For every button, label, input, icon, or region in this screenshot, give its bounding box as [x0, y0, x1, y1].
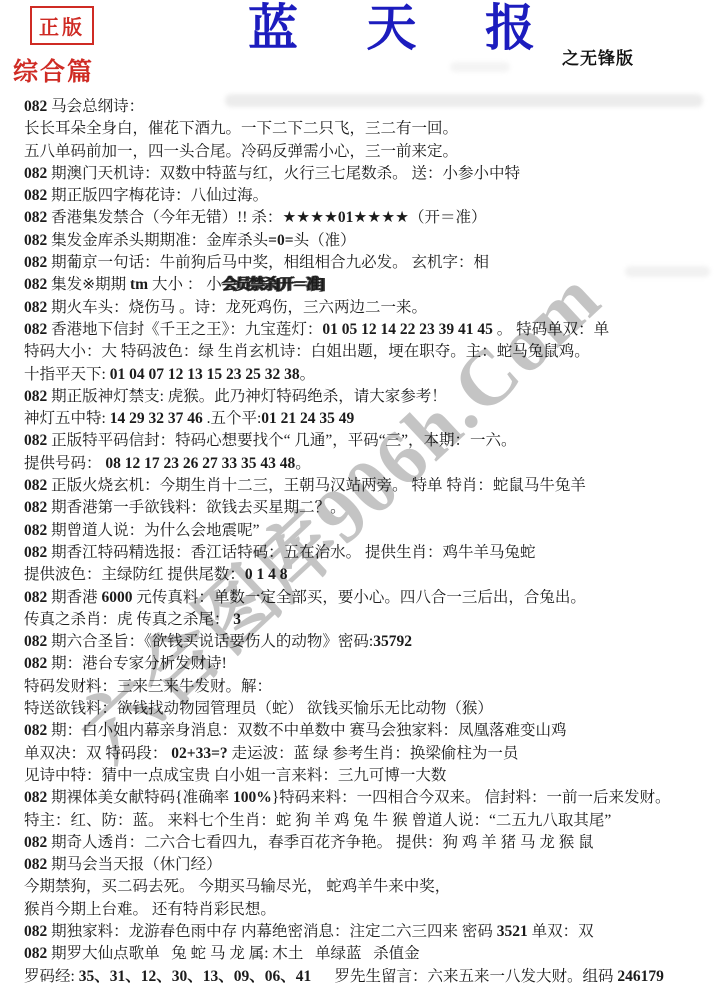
text-line: 082 期香江特码精选报：香江话特码：五在治水。 提供生肖：鸡牛羊马兔蛇: [24, 542, 724, 564]
text-segment: 246179: [617, 968, 664, 985]
text-segment: 082: [24, 388, 47, 405]
text-segment: 14 29 32 37 46: [110, 410, 203, 427]
text-segment: 头（准）: [294, 232, 356, 249]
text-line: 082 期六合圣旨：《欲钱买说话要伤人的动物》密码:35792: [24, 631, 724, 653]
text-segment: 35792: [373, 633, 412, 650]
text-segment: 期曾道人说：为什么会地震呢”: [47, 522, 259, 539]
text-segment: 罗先生留言：六来五来一八发大财。组码: [311, 968, 617, 985]
text-line: 提供号码： 08 12 17 23 26 27 33 35 43 48。: [24, 453, 724, 475]
text-segment: 082: [24, 856, 47, 873]
text-segment: 082: [24, 789, 47, 806]
text-segment: 单双：双: [528, 923, 594, 940]
text-line: 提供波色：主绿防红 提供尾数：0 1 4 8: [24, 564, 724, 586]
text-segment: 五八单码前加一，四一头合尾。冷码反弹需小心，三一前来定。: [24, 143, 458, 160]
text-line: 罗码经: 35、31、12、30、13、09、06、41 罗先生留言：六来五来一…: [24, 966, 724, 988]
text-segment: tm: [130, 276, 148, 293]
body-text: 082 马会总纲诗：长长耳朵全身白，催花下酒九。一下二下二只飞，三二有一回。五八…: [24, 96, 724, 988]
text-line: 082 期葡京一句话：牛前狗后马中奖，相组相合九必发。 玄机字：相: [24, 252, 724, 274]
text-line: 082 期马会当天报（休门经）: [24, 854, 724, 876]
text-segment: 082: [24, 209, 47, 226]
edition-label: 之无锋版: [562, 44, 634, 69]
text-segment: 082: [24, 254, 47, 271]
text-segment: 期裸体美女献特码{准确率: [47, 789, 233, 806]
text-segment: 期正版四字梅花诗：八仙过海。: [47, 187, 268, 204]
text-segment: 3521: [497, 923, 528, 940]
text-segment: 期香港第一手欲钱料：欲钱去买星期二？。: [47, 499, 345, 516]
text-segment: 082: [24, 722, 47, 739]
text-segment: 期马会当天报（休门经）: [47, 856, 221, 873]
text-segment: .五个平:: [203, 410, 262, 427]
text-segment: 罗码经:: [24, 968, 79, 985]
text-line: 082 期火车头：烧伤马 。诗：龙死鸡伤，三六两边二一来。: [24, 297, 724, 319]
text-segment: 082: [24, 633, 47, 650]
text-segment: 传真之杀肖：虎 传真之杀尾：: [24, 611, 233, 628]
text-line: 十指平天下: 01 04 07 12 13 15 23 25 32 38。: [24, 364, 724, 386]
text-segment: 集发※期期: [47, 276, 130, 293]
text-segment: 十指平天下:: [24, 366, 110, 383]
newspaper-page: 六合图库906h.Com 正版 蓝 天 报 之无锋版 综合篇 082 马会总纲诗…: [0, 0, 725, 997]
text-segment: 08 12 17 23 26 27 33 35 43 48: [105, 455, 295, 472]
text-line: 082 期罗大仙点歌单 兔 蛇 马 龙 属: 木土 单绿蓝 杀值金: [24, 943, 724, 965]
text-segment: 走运波：蓝 绿 参考生肖：换梁偷柱为一员: [228, 745, 519, 762]
text-segment: 082: [24, 834, 47, 851]
text-line: 五八单码前加一，四一头合尾。冷码反弹需小心，三一前来定。: [24, 141, 724, 163]
text-segment: 正版特平码信封：特码心想要找个“ 几通”，平码“三”，本期：一六。: [47, 432, 516, 449]
text-line: 猴肖今期上台难。 还有特肖彩民想。: [24, 899, 724, 921]
text-segment: 082: [24, 522, 47, 539]
text-segment: 单双决：双 特码段：: [24, 745, 171, 762]
text-segment: 特码大小：大 特码波色：绿 生肖玄机诗：白姐出题，埂在职夺。主：蛇马兔鼠鸡。: [24, 343, 590, 360]
text-line: 082 集发金库杀头期期准：金库杀头=0=头（准）: [24, 230, 724, 252]
text-segment: 正版火烧玄机：今期生肖十二三，王朝马汉站两旁。 特单 特肖：蛇鼠马牛兔羊: [47, 477, 586, 494]
text-line: 传真之杀肖：虎 传真之杀尾： 3: [24, 609, 724, 631]
text-segment: 特码发财料：三来三来牛发财。解：: [24, 678, 272, 695]
text-segment: 082: [24, 655, 47, 672]
text-segment: 马会总纲诗：: [47, 98, 144, 115]
text-segment: 期香港: [47, 589, 101, 606]
text-line: 长长耳朵全身白，催花下酒九。一下二下二只飞，三二有一回。: [24, 118, 724, 140]
text-segment: 082: [24, 321, 47, 338]
text-segment: 期奇人透肖：二六合七看四九，春季百花齐争艳。 提供：狗 鸡 羊 猪 马 龙 猴 …: [47, 834, 593, 851]
text-line: 082 正版特平码信封：特码心想要找个“ 几通”，平码“三”，本期：一六。: [24, 430, 724, 452]
text-segment: 元传真料：单数一定全部买，要小心。四八合一三后出，合兔出。: [133, 589, 586, 606]
text-segment: 0 1 4 8: [245, 566, 288, 583]
text-line: 今期禁狗，买二码去死。 今期买马输尽光， 蛇鸡羊牛来中奖，: [24, 876, 724, 898]
text-segment: 期正版神灯禁支: 虎猴。此乃神灯特码绝杀，请大家参考！: [47, 388, 447, 405]
text-line: 082 马会总纲诗：: [24, 96, 724, 118]
text-line: 特码发财料：三来三来牛发财。解：: [24, 676, 724, 698]
text-segment: 082: [24, 432, 47, 449]
text-line: 单双决：双 特码段： 02+33=? 走运波：蓝 绿 参考生肖：换梁偷柱为一员: [24, 743, 724, 765]
text-segment: 。: [300, 366, 316, 383]
text-segment: 082: [24, 945, 47, 962]
text-segment: 期澳门天机诗：双数中特蓝与红，火行三七尾数杀。 送：小参小中特: [47, 165, 520, 182]
text-line: 082 期独家料：龙游春色雨中存 内幕绝密消息：注定二六三四来 密码 3521 …: [24, 921, 724, 943]
scan-smudge: [450, 62, 510, 72]
text-segment: 082: [24, 499, 47, 516]
text-line: 特送欲钱料：欲钱找动物园管理员（蛇） 欲钱买愉乐无比动物（猴）: [24, 698, 724, 720]
text-line: 082 期奇人透肖：二六合七看四九，春季百花齐争艳。 提供：狗 鸡 羊 猪 马 …: [24, 832, 724, 854]
text-segment: （开＝准）: [409, 209, 487, 226]
text-segment: 082: [24, 544, 47, 561]
text-segment: 猴肖今期上台难。 还有特肖彩民想。: [24, 901, 276, 918]
authenticity-badge: 正版: [30, 6, 94, 45]
text-segment: 01 04 07 12 13 15 23 25 32 38: [110, 366, 300, 383]
text-segment: 35、31、12、30、13、09、06、41: [79, 968, 312, 985]
text-line: 见诗中特：猜中一点成宝贵 白小姐一言来料：三九可博一大数: [24, 765, 724, 787]
text-line: 082 期澳门天机诗：双数中特蓝与红，火行三七尾数杀。 送：小参小中特: [24, 163, 724, 185]
text-line: 特码大小：大 特码波色：绿 生肖玄机诗：白姐出题，埂在职夺。主：蛇马兔鼠鸡。: [24, 341, 724, 363]
text-line: 082 期香港 6000 元传真料：单数一定全部买，要小心。四八合一三后出，合兔…: [24, 587, 724, 609]
text-segment: 提供波色：主绿防红 提供尾数：: [24, 566, 245, 583]
text-segment: =0=: [268, 232, 293, 249]
text-segment: }特码来料：一四相合今双来。 信封料：一前一后来发财。: [272, 789, 671, 806]
text-line: 082 期曾道人说：为什么会地震呢”: [24, 520, 724, 542]
text-line: 082 期正版四字梅花诗：八仙过海。: [24, 185, 724, 207]
text-segment: 期独家料：龙游春色雨中存 内幕绝密消息：注定二六三四来 密码: [47, 923, 497, 940]
text-segment: 香港地下信封《千王之王》：九宝莲灯：: [47, 321, 322, 338]
text-segment: 082: [24, 187, 47, 204]
text-line: 神灯五中特: 14 29 32 37 46 .五个平:01 21 24 35 4…: [24, 408, 724, 430]
text-line: 082 期正版神灯禁支: 虎猴。此乃神灯特码绝杀，请大家参考！: [24, 386, 724, 408]
text-segment: 集发金库杀头期期准：金库杀头: [47, 232, 268, 249]
text-line: 082 期：港台专家分析发财诗!: [24, 653, 724, 675]
text-line: 082 香港地下信封《千王之王》：九宝莲灯：01 05 12 14 22 23 …: [24, 319, 724, 341]
text-line: 082 集发※期期 tm 大小 ： 小会员禁杀[开＝准]: [24, 274, 724, 296]
text-segment: 期六合圣旨：《欲钱买说话要伤人的动物》密码:: [47, 633, 373, 650]
text-line: 特主：红、防：蓝。 来料七个生肖：蛇 狗 羊 鸡 兔 牛 猴 曾道人说：“二五九…: [24, 810, 724, 832]
text-segment: 082: [24, 299, 47, 316]
text-line: 082 正版火烧玄机：今期生肖十二三，王朝马汉站两旁。 特单 特肖：蛇鼠马牛兔羊: [24, 475, 724, 497]
text-segment: 神灯五中特:: [24, 410, 110, 427]
text-segment: 会员禁杀[开＝准]: [222, 276, 323, 293]
text-segment: 期葡京一句话：牛前狗后马中奖，相组相合九必发。 玄机字：相: [47, 254, 489, 271]
text-segment: 082: [24, 98, 47, 115]
text-segment: 特主：红、防：蓝。 来料七个生肖：蛇 狗 羊 鸡 兔 牛 猴 曾道人说：“二五九…: [24, 812, 611, 829]
text-segment: 082: [24, 276, 47, 293]
text-line: 082 期香港第一手欲钱料：欲钱去买星期二？。: [24, 497, 724, 519]
text-segment: 长长耳朵全身白，催花下酒九。一下二下二只飞，三二有一回。: [24, 120, 458, 137]
text-segment: 期：港台专家分析发财诗!: [47, 655, 227, 672]
text-segment: 082: [24, 589, 47, 606]
text-segment: 082: [24, 477, 47, 494]
text-segment: 100%: [233, 789, 272, 806]
text-segment: 3: [233, 611, 241, 628]
text-segment: 082: [24, 923, 47, 940]
text-line: 082 香港集发禁合（今年无错）!! 杀：★★★★01★★★★（开＝准）: [24, 207, 724, 229]
text-line: 082 期裸体美女献特码{准确率 100%}特码来料：一四相合今双来。 信封料：…: [24, 787, 724, 809]
text-segment: 期：白小姐内幕亲身消息：双数不中单数中 赛马会独家料：凤凰落难变山鸡: [47, 722, 566, 739]
text-segment: 期火车头：烧伤马 。诗：龙死鸡伤，三六两边二一来。: [47, 299, 427, 316]
text-segment: 提供号码：: [24, 455, 105, 472]
newspaper-title: 蓝 天 报: [248, 0, 563, 58]
text-line: 082 期：白小姐内幕亲身消息：双数不中单数中 赛马会独家料：凤凰落难变山鸡: [24, 720, 724, 742]
text-segment: 6000: [102, 589, 133, 606]
section-heading: 综合篇: [13, 52, 94, 88]
text-segment: 见诗中特：猜中一点成宝贵 白小姐一言来料：三九可博一大数: [24, 767, 446, 784]
text-segment: 大小 ： 小: [148, 276, 222, 293]
text-segment: 。: [295, 455, 311, 472]
text-segment: 01 21 24 35 49: [261, 410, 354, 427]
text-segment: 082: [24, 165, 47, 182]
text-segment: 02+33=?: [171, 745, 227, 762]
text-segment: ★★★★01★★★★: [282, 209, 409, 226]
text-segment: 香港集发禁合（今年无错）!! 杀：: [47, 209, 282, 226]
text-segment: 082: [24, 232, 47, 249]
text-segment: 。 特码单双：单: [493, 321, 609, 338]
text-segment: 期罗大仙点歌单 兔 蛇 马 龙 属: 木土 单绿蓝 杀值金: [47, 945, 419, 962]
text-segment: 特送欲钱料：欲钱找动物园管理员（蛇） 欲钱买愉乐无比动物（猴）: [24, 700, 493, 717]
text-segment: 期香江特码精选报：香江话特码：五在治水。 提供生肖：鸡牛羊马兔蛇: [47, 544, 535, 561]
text-segment: 今期禁狗，买二码去死。 今期买马输尽光， 蛇鸡羊牛来中奖，: [24, 878, 450, 895]
text-segment: 01 05 12 14 22 23 39 41 45: [322, 321, 493, 338]
